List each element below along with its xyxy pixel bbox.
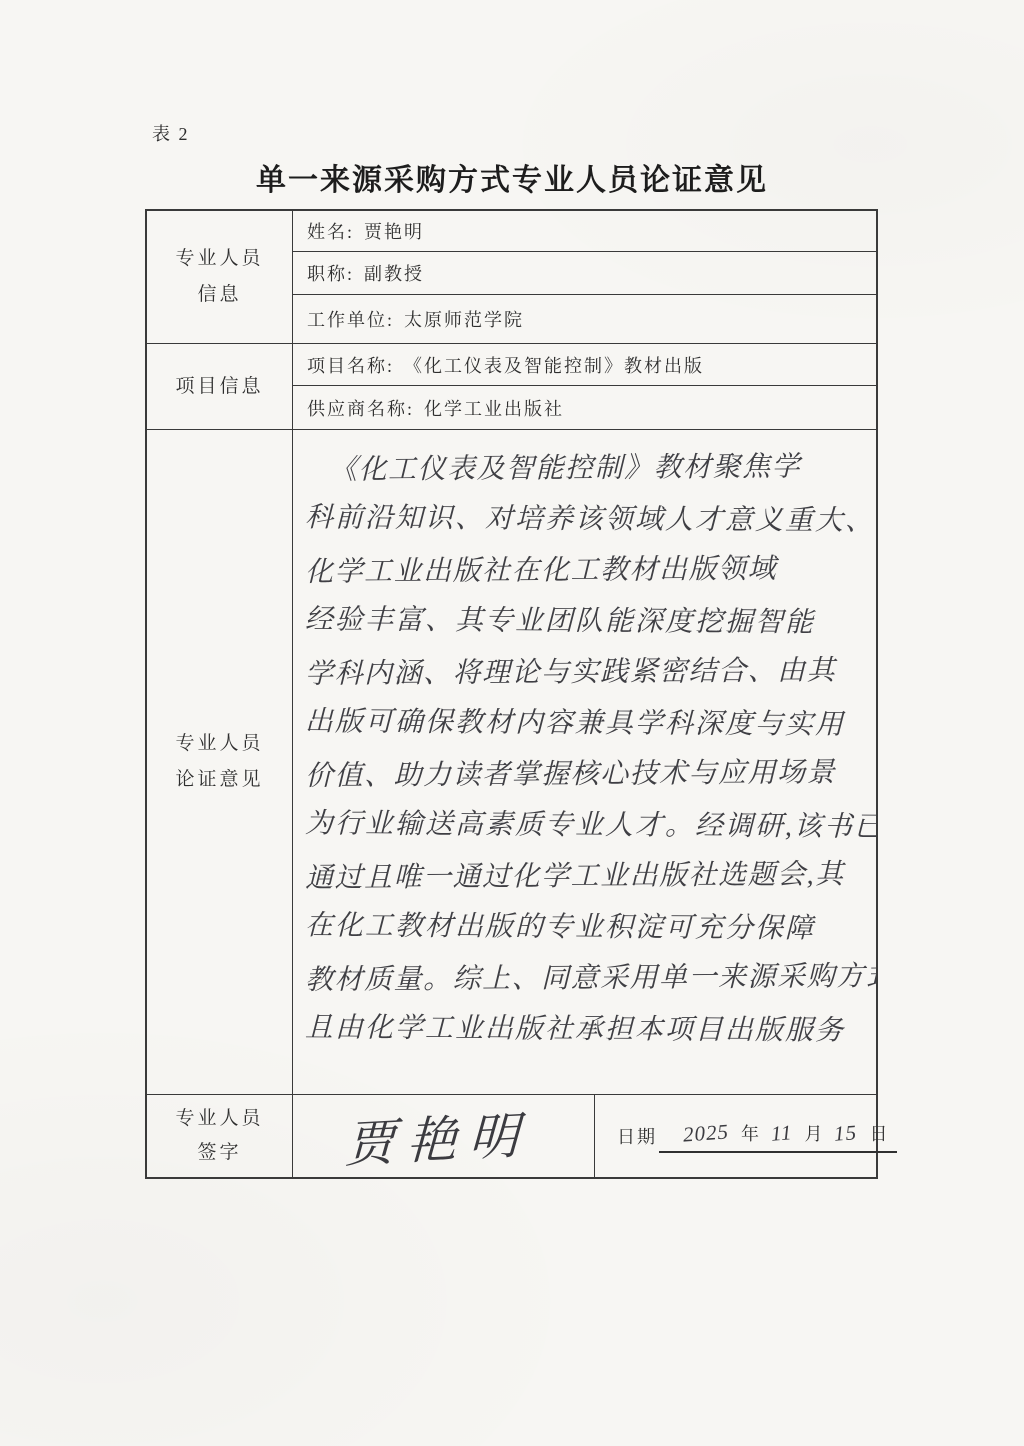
opinion-group: 专业人员 论证意见 《化工仪表及智能控制》教材聚焦学 科前沿知识、对培养该领域人… (147, 430, 876, 1095)
opinion-line: 在化工教材出版的专业积淀可充分保障 (305, 897, 868, 951)
handwritten-year: 2025 (682, 1119, 730, 1147)
project-name-value: 《化工仪表及智能控制》教材出版 (404, 352, 704, 378)
handwritten-signature: 贾艳明 (344, 1095, 532, 1177)
opinion-section-label: 专业人员 论证意见 (147, 430, 293, 1094)
opinion-line: 通过且唯一通过化学工业出版社选题会,其 (305, 846, 868, 901)
day-unit: 日 (869, 1120, 887, 1146)
section-label-line: 项目信息 (175, 369, 263, 405)
opinion-line: 且由化学工业出版社承担本项目出版服务 (305, 999, 868, 1053)
workplace-row: 工作单位: 太原师范学院 (293, 295, 876, 343)
project-name-row: 项目名称: 《化工仪表及智能控制》教材出版 (293, 344, 876, 386)
handwritten-day: 15 (834, 1120, 859, 1147)
personnel-info-section-label: 专业人员 信息 (147, 211, 293, 343)
scanned-document-page: 表 2 单一来源采购方式专业人员论证意见 专业人员 信息 姓名: 贾艳明 职称:… (0, 0, 1024, 1446)
opinion-handwritten-text: 《化工仪表及智能控制》教材聚焦学 科前沿知识、对培养该领域人才意义重大、 化学工… (293, 430, 876, 1094)
job-title-label: 职称: (307, 260, 354, 286)
name-value: 贾艳明 (364, 218, 424, 244)
year-unit: 年 (741, 1120, 759, 1146)
opinion-line: 学科内涵、将理论与实践紧密结合、由其 (305, 642, 868, 697)
name-row: 姓名: 贾艳明 (293, 211, 876, 252)
table-number-label: 表 2 (152, 120, 190, 146)
opinion-line: 出版可确保教材内容兼具学科深度与实用 (305, 693, 868, 747)
date-label: 日期 (617, 1123, 657, 1149)
form-table: 专业人员 信息 姓名: 贾艳明 职称: 副教授 工作单位: 太原师范学院 (145, 209, 878, 1179)
signature-section-label: 专业人员 签字 (147, 1095, 293, 1177)
opinion-line: 经验丰富、其专业团队能深度挖掘智能 (305, 591, 868, 645)
signature-group: 专业人员 签字 贾艳明 日期2025年11月15日 (147, 1095, 876, 1177)
opinion-line: 《化工仪表及智能控制》教材聚焦学 (305, 438, 868, 493)
project-info-cells: 项目名称: 《化工仪表及智能控制》教材出版 供应商名称: 化学工业出版社 (293, 344, 876, 429)
month-unit: 月 (804, 1120, 822, 1146)
workplace-value: 太原师范学院 (404, 306, 524, 332)
opinion-line: 科前沿知识、对培养该领域人才意义重大、 (305, 489, 868, 543)
project-name-label: 项目名称: (307, 352, 394, 378)
workplace-label: 工作单位: (307, 306, 394, 332)
document-title: 单一来源采购方式专业人员论证意见 (0, 155, 1024, 199)
personnel-info-cells: 姓名: 贾艳明 职称: 副教授 工作单位: 太原师范学院 (293, 211, 876, 343)
signature-cell: 贾艳明 (293, 1095, 595, 1177)
job-title-value: 副教授 (364, 260, 424, 286)
project-info-group: 项目信息 项目名称: 《化工仪表及智能控制》教材出版 供应商名称: 化学工业出版… (147, 344, 876, 430)
date-cell: 日期2025年11月15日 (595, 1095, 897, 1177)
opinion-line: 教材质量。综上、同意采用单一来源采购方式 (305, 948, 868, 1003)
section-label-line: 专业人员 (175, 726, 263, 762)
date-line: 2025年11月15日 (659, 1120, 897, 1153)
section-label-line: 信息 (197, 277, 241, 313)
opinion-line: 价值、助力读者掌握核心技术与应用场景 (305, 744, 868, 799)
job-title-row: 职称: 副教授 (293, 252, 876, 295)
opinion-line: 为行业输送高素质专业人才。经调研,该书已 (305, 795, 868, 849)
section-label-line: 专业人员 (175, 241, 263, 277)
opinion-line: 化学工业出版社在化工教材出版领域 (305, 540, 868, 595)
supplier-value: 化学工业出版社 (424, 395, 564, 421)
supplier-label: 供应商名称: (307, 395, 414, 421)
section-label-line: 论证意见 (175, 762, 263, 798)
supplier-row: 供应商名称: 化学工业出版社 (293, 386, 876, 429)
handwritten-month: 11 (770, 1120, 793, 1146)
section-label-line: 专业人员 (175, 1102, 263, 1136)
name-label: 姓名: (307, 218, 354, 244)
personnel-info-group: 专业人员 信息 姓名: 贾艳明 职称: 副教授 工作单位: 太原师范学院 (147, 211, 876, 344)
project-info-section-label: 项目信息 (147, 344, 293, 429)
section-label-line: 签字 (197, 1136, 241, 1170)
